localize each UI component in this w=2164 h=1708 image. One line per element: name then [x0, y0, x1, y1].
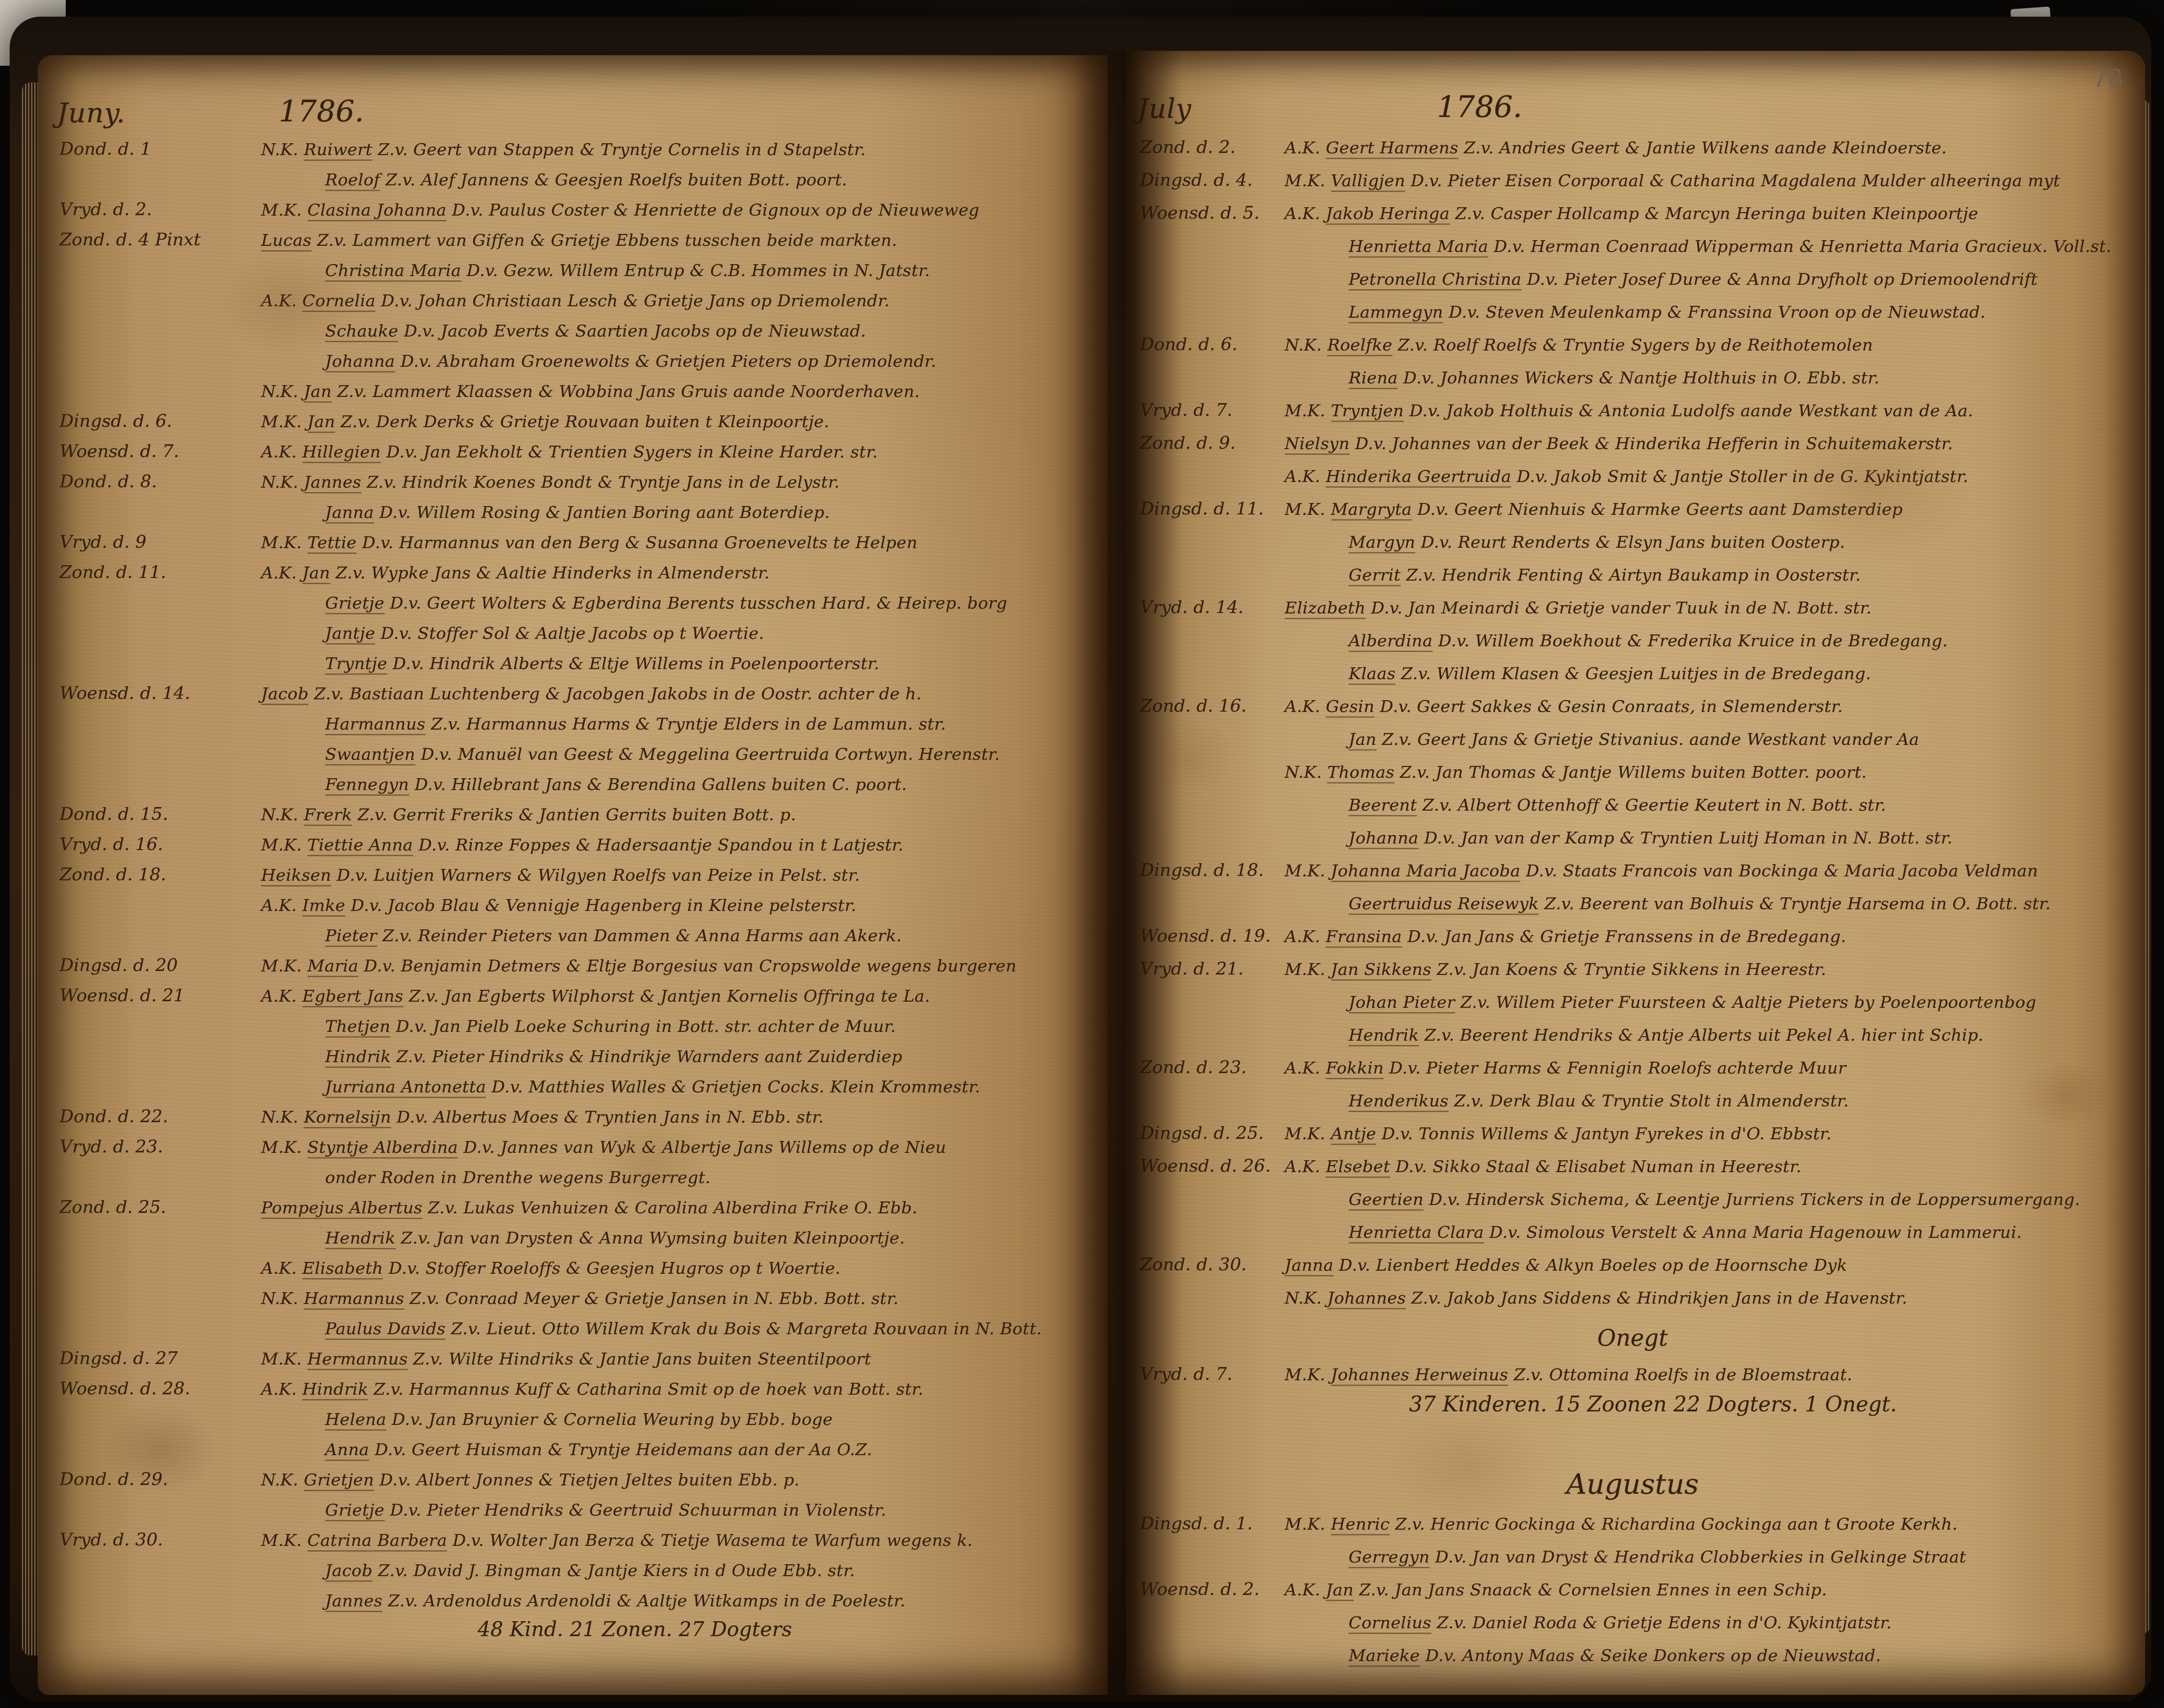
- entry-text: Gerrit Z.v. Hendrik Fenting & Airtyn Bau…: [1285, 565, 1861, 585]
- entry-text: Riena D.v. Johannes Wickers & Nantje Hol…: [1285, 368, 1880, 387]
- child-name: Jan: [1326, 1580, 1354, 1601]
- child-name: Johanna: [325, 351, 395, 372]
- register-entry-row: Henderikus Z.v. Derk Blau & Tryntie Stol…: [1137, 1077, 2128, 1110]
- entry-text: Helena D.v. Jan Bruynier & Cornelia Weur…: [261, 1410, 833, 1429]
- register-entry-row: Zond. d. 2.A.K. Geert Harmens Z.v. Andri…: [1137, 124, 2128, 157]
- entry-text: A.K. Elisabeth D.v. Stoffer Roeloffs & G…: [261, 1258, 841, 1278]
- register-entry-row: Zond. d. 9.Nielsyn D.v. Johannes van der…: [1137, 420, 2128, 453]
- register-entry-row: A.K. Elisabeth D.v. Stoffer Roeloffs & G…: [57, 1247, 1093, 1278]
- child-name: Jannes: [304, 472, 361, 493]
- entry-text: M.K. Johanna Maria Jacoba D.v. Staats Fr…: [1285, 861, 2038, 880]
- onegt-entries-list: Vryd. d. 7.M.K. Johannes Herweinus Z.v. …: [1137, 1351, 2128, 1384]
- child-name: Pieter: [325, 926, 377, 947]
- register-entry-row: Grietje D.v. Pieter Hendriks & Geertruid…: [57, 1489, 1093, 1520]
- register-entry-row: Anna D.v. Geert Huisman & Tryntje Heidem…: [57, 1429, 1093, 1459]
- child-name: Riena: [1349, 368, 1398, 389]
- child-name: Janna: [325, 503, 374, 524]
- register-entry-row: Christina Maria D.v. Gezw. Willem Entrup…: [57, 250, 1093, 280]
- entry-text: Marieke D.v. Antony Maas & Seike Donkers…: [1285, 1646, 1881, 1665]
- child-name: Thetjen: [325, 1017, 390, 1038]
- entry-text: M.K. Tettie D.v. Harmannus van den Berg …: [261, 533, 917, 552]
- register-entry-row: Vryd. d. 23.M.K. Styntje Alberdina D.v. …: [57, 1127, 1093, 1157]
- entry-text: A.K. Hindrik Z.v. Harmannus Kuff & Catha…: [261, 1379, 924, 1399]
- entry-date-label: Woensd. d. 5.: [1137, 203, 1285, 223]
- register-entry-row: Gerregyn D.v. Jan van Dryst & Hendrika C…: [1137, 1534, 2128, 1566]
- register-entry-row: Hendrik Z.v. Jan van Drysten & Anna Wyms…: [57, 1217, 1093, 1247]
- child-name: Helena: [325, 1410, 386, 1431]
- entry-text: Grietje D.v. Pieter Hendriks & Geertruid…: [261, 1500, 886, 1520]
- entry-text: Jacob Z.v. David J. Bingman & Jantje Kie…: [261, 1561, 855, 1580]
- register-entry-row: Tryntje D.v. Hindrik Alberts & Eltje Wil…: [57, 643, 1093, 673]
- child-name: Beerent: [1349, 795, 1417, 816]
- entry-text: Harmannus Z.v. Harmannus Harms & Tryntje…: [261, 714, 946, 734]
- entry-text: A.K. Gesin D.v. Geert Sakkes & Gesin Con…: [1285, 697, 1843, 716]
- entry-date-label: Dond. d. 8.: [57, 471, 261, 492]
- entry-text: onder Roden in Drenthe wegens Burgerregt…: [261, 1168, 711, 1187]
- entry-date-label: Vryd. d. 7.: [1137, 400, 1285, 420]
- register-entry-row: Dingsd. d. 25.M.K. Antje D.v. Tonnis Wil…: [1137, 1110, 2128, 1143]
- entry-text: Henrietta Clara D.v. Simolous Verstelt &…: [1285, 1223, 2022, 1242]
- entry-date-label: Zond. d. 23.: [1137, 1057, 1285, 1077]
- entry-date-label: Vryd. d. 14.: [1137, 597, 1285, 617]
- entry-text: Hendrik Z.v. Beerent Hendriks & Antje Al…: [1285, 1025, 1983, 1045]
- child-name: Johan Pieter: [1349, 992, 1455, 1013]
- child-name: Roelfke: [1327, 335, 1392, 356]
- entry-text: Heiksen D.v. Luitjen Warners & Wilgyen R…: [261, 865, 860, 885]
- register-entry-row: Schauke D.v. Jacob Everts & Saartien Jac…: [57, 310, 1093, 340]
- entry-text: Lammegyn D.v. Steven Meulenkamp & Franss…: [1285, 302, 1986, 322]
- entry-text: Swaantjen D.v. Manuël van Geest & Meggel…: [261, 744, 1000, 764]
- entry-date-label: Dond. d. 22.: [57, 1106, 261, 1127]
- child-name: Maria: [308, 956, 359, 977]
- child-name: Johanna Maria Jacoba: [1331, 861, 1521, 882]
- entry-date-label: Vryd. d. 7.: [1137, 1364, 1285, 1384]
- child-name: Tryntjen: [1331, 401, 1404, 422]
- register-entry-row: Johanna D.v. Abraham Groenewolts & Griet…: [57, 340, 1093, 371]
- entry-text: Henrietta Maria D.v. Herman Coenraad Wip…: [1285, 237, 2111, 256]
- child-name: Hillegien: [302, 442, 381, 463]
- child-name: Egbert Jans: [302, 986, 404, 1007]
- entry-text: N.K. Harmannus Z.v. Conraad Meyer & Grie…: [261, 1289, 899, 1308]
- entry-date-label: Dingsd. d. 27: [57, 1348, 261, 1368]
- child-name: Elisabeth: [302, 1258, 383, 1279]
- entry-date-label: Dingsd. d. 6.: [57, 411, 261, 431]
- child-name: Cornelius: [1349, 1613, 1431, 1634]
- register-entry-row: Beerent Z.v. Albert Ottenhoff & Geertie …: [1137, 782, 2128, 815]
- register-photo: Juny. 1786. Dond. d. 1N.K. Ruiwert Z.v. …: [0, 0, 2164, 1708]
- child-name: Gesin: [1326, 697, 1374, 718]
- register-entry-row: Dingsd. d. 18.M.K. Johanna Maria Jacoba …: [1137, 847, 2128, 880]
- register-entry-row: A.K. Imke D.v. Jacob Blau & Vennigje Hag…: [57, 885, 1093, 915]
- entry-text: M.K. Jan Z.v. Derk Derks & Grietje Rouva…: [261, 412, 829, 431]
- register-entry-row: Jannes Z.v. Ardenoldus Ardenoldi & Aaltj…: [57, 1580, 1093, 1610]
- child-name: Johannes: [1327, 1288, 1406, 1309]
- register-entry-row: Margyn D.v. Reurt Renderts & Elsyn Jans …: [1137, 519, 2128, 552]
- entry-text: A.K. Jan Z.v. Jan Jans Snaack & Cornelsi…: [1285, 1580, 1827, 1599]
- child-name: Henderikus: [1349, 1091, 1449, 1112]
- entry-date-label: Dond. d. 1: [57, 139, 261, 159]
- child-name: Jantje: [325, 624, 375, 645]
- child-name: Harmannus: [304, 1289, 404, 1310]
- entry-date-label: Dingsd. d. 11.: [1137, 499, 1285, 519]
- child-name: Geertruidus Reisewyk: [1349, 894, 1539, 915]
- augustus-section-header: Augustus: [1137, 1444, 2128, 1501]
- child-name: Hendrik: [1349, 1025, 1419, 1046]
- child-name: Hindrik: [325, 1047, 391, 1068]
- register-entry-row: Woensd. d. 7.A.K. Hillegien D.v. Jan Eek…: [57, 431, 1093, 461]
- child-name: Henrietta Clara: [1349, 1223, 1484, 1244]
- entry-text: Jurriana Antonetta D.v. Matthies Walles …: [261, 1077, 981, 1096]
- child-name: Antje: [1331, 1124, 1376, 1145]
- child-name: Jannes: [325, 1591, 383, 1612]
- child-name: Lucas: [261, 230, 312, 252]
- entry-date-label: Vryd. d. 30.: [57, 1530, 261, 1550]
- register-entry-row: Zond. d. 4 PinxtLucas Z.v. Lammert van G…: [57, 220, 1093, 250]
- right-page: July 1786. 78 Zond. d. 2.A.K. Geert Harm…: [1126, 51, 2145, 1695]
- child-name: Clasina Johanna: [308, 200, 447, 221]
- entry-date-label: Dingsd. d. 18.: [1137, 860, 1285, 880]
- left-entries-list: Dond. d. 1N.K. Ruiwert Z.v. Geert van St…: [57, 129, 1093, 1610]
- entry-text: Jantje D.v. Stoffer Sol & Aaltje Jacobs …: [261, 624, 764, 643]
- child-name: Geertien: [1349, 1190, 1424, 1211]
- child-name: Nielsyn: [1285, 434, 1349, 455]
- register-entry-row: Zond. d. 16.A.K. Gesin D.v. Geert Sakkes…: [1137, 683, 2128, 716]
- register-entry-row: Hendrik Z.v. Beerent Hendriks & Antje Al…: [1137, 1012, 2128, 1045]
- entry-text: N.K. Thomas Z.v. Jan Thomas & Jantje Wil…: [1285, 762, 1867, 782]
- entry-text: Alberdina D.v. Willem Boekhout & Frederi…: [1285, 631, 1948, 650]
- child-name: Jan: [308, 412, 336, 433]
- child-name: Margryta: [1331, 500, 1412, 521]
- entry-text: Jacob Z.v. Bastiaan Luchtenberg & Jacobg…: [261, 684, 922, 703]
- register-entry-row: Paulus Davids Z.v. Lieut. Otto Willem Kr…: [57, 1308, 1093, 1338]
- entry-text: Pieter Z.v. Reinder Pieters van Dammen &…: [261, 926, 902, 945]
- child-name: Harmannus: [325, 714, 425, 735]
- entry-text: Nielsyn D.v. Johannes van der Beek & Hin…: [1285, 434, 1953, 453]
- register-entry-row: Jurriana Antonetta D.v. Matthies Walles …: [57, 1066, 1093, 1096]
- entry-text: A.K. Elsebet D.v. Sikko Staal & Elisabet…: [1285, 1157, 1802, 1176]
- register-entry-row: Zond. d. 30.Janna D.v. Lienbert Heddes &…: [1137, 1242, 2128, 1275]
- entry-text: Christina Maria D.v. Gezw. Willem Entrup…: [261, 261, 930, 280]
- left-month-totals: 48 Kind. 21 Zonen. 27 Dogters: [57, 1610, 1093, 1648]
- entry-date-label: Zond. d. 25.: [57, 1197, 261, 1217]
- register-entry-row: Jacob Z.v. David J. Bingman & Jantje Kie…: [57, 1550, 1093, 1580]
- register-entry-row: Vryd. d. 21.M.K. Jan Sikkens Z.v. Jan Ko…: [1137, 946, 2128, 979]
- entry-text: Gerregyn D.v. Jan van Dryst & Hendrika C…: [1285, 1547, 1966, 1566]
- child-name: Roelof: [325, 170, 380, 191]
- child-name: Gerregyn: [1349, 1547, 1430, 1568]
- july-entries-list: Zond. d. 2.A.K. Geert Harmens Z.v. Andri…: [1137, 124, 2128, 1308]
- child-name: Henrietta Maria: [1349, 237, 1488, 258]
- register-entry-row: Pieter Z.v. Reinder Pieters van Dammen &…: [57, 915, 1093, 945]
- register-entry-row: Marieke D.v. Antony Maas & Seike Donkers…: [1137, 1632, 2128, 1665]
- register-entry-row: Cornelius Z.v. Daniel Roda & Grietje Ede…: [1137, 1599, 2128, 1632]
- entry-text: Roelof Z.v. Alef Jannens & Geesjen Roelf…: [261, 170, 847, 189]
- left-page-content: Juny. 1786. Dond. d. 1N.K. Ruiwert Z.v. …: [57, 67, 1093, 1677]
- entry-text: A.K. Egbert Jans Z.v. Jan Egberts Wilpho…: [261, 986, 930, 1006]
- register-entry-row: Woensd. d. 26.A.K. Elsebet D.v. Sikko St…: [1137, 1143, 2128, 1176]
- month-header-juny: Juny.: [57, 97, 125, 129]
- child-name: Lammegyn: [1349, 302, 1443, 323]
- register-entry-row: N.K. Johannes Z.v. Jakob Jans Siddens & …: [1137, 1275, 2128, 1308]
- entry-text: N.K. Grietjen D.v. Albert Jonnes & Tietj…: [261, 1470, 800, 1489]
- register-entry-row: Grietje D.v. Geert Wolters & Egberdina B…: [57, 582, 1093, 613]
- entry-date-label: Zond. d. 16.: [1137, 696, 1285, 716]
- register-entry-row: Woensd. d. 28.A.K. Hindrik Z.v. Harmannu…: [57, 1368, 1093, 1399]
- child-name: Johanna: [1349, 828, 1419, 849]
- register-entry-row: Geertien D.v. Hindersk Sichema, & Leentj…: [1137, 1176, 2128, 1209]
- entry-text: Geertien D.v. Hindersk Sichema, & Leentj…: [1285, 1190, 2080, 1209]
- left-page-header: Juny. 1786.: [57, 67, 1093, 129]
- entry-text: A.K. Hillegien D.v. Jan Eekholt & Trient…: [261, 442, 878, 461]
- register-entry-row: A.K. Cornelia D.v. Johan Christiaan Lesc…: [57, 280, 1093, 310]
- entry-text: A.K. Jan Z.v. Wypke Jans & Aaltie Hinder…: [261, 563, 770, 582]
- register-entry-row: Geertruidus Reisewyk Z.v. Beerent van Bo…: [1137, 880, 2128, 913]
- entry-text: A.K. Fokkin D.v. Pieter Harms & Fennigin…: [1285, 1058, 1846, 1077]
- register-entry-row: Woensd. d. 2.A.K. Jan Z.v. Jan Jans Snaa…: [1137, 1566, 2128, 1599]
- register-entry-row: Dond. d. 22.N.K. Kornelsijn D.v. Albertu…: [57, 1096, 1093, 1127]
- child-name: Marieke: [1349, 1646, 1420, 1667]
- child-name: Jurriana Antonetta: [325, 1077, 486, 1098]
- child-name: Kornelsijn: [304, 1107, 391, 1128]
- right-month-totals: 37 Kinderen. 15 Zoonen 22 Dogters. 1 One…: [1137, 1384, 2128, 1425]
- entry-date-label: Woensd. d. 19.: [1137, 926, 1285, 946]
- entry-date-label: Zond. d. 9.: [1137, 433, 1285, 453]
- child-name: Styntje Alberdina: [308, 1137, 458, 1159]
- entry-text: A.K. Fransina D.v. Jan Jans & Grietje Fr…: [1285, 927, 1846, 946]
- entry-text: N.K. Frerk Z.v. Gerrit Freriks & Jantien…: [261, 805, 796, 824]
- register-entry-row: Dingsd. d. 27M.K. Hermannus Z.v. Wilte H…: [57, 1338, 1093, 1368]
- entry-text: Thetjen D.v. Jan Pielb Loeke Schuring in…: [261, 1017, 896, 1036]
- child-name: Thomas: [1327, 762, 1394, 783]
- register-entry-row: N.K. Jan Z.v. Lammert Klaassen & Wobbina…: [57, 371, 1093, 401]
- register-entry-row: Henrietta Clara D.v. Simolous Verstelt &…: [1137, 1209, 2128, 1242]
- entry-text: M.K. Margryta D.v. Geert Nienhuis & Harm…: [1285, 500, 1903, 519]
- register-entry-row: Jantje D.v. Stoffer Sol & Aaltje Jacobs …: [57, 613, 1093, 643]
- register-entry-row: Roelof Z.v. Alef Jannens & Geesjen Roelf…: [57, 159, 1093, 189]
- entry-text: A.K. Geert Harmens Z.v. Andries Geert & …: [1285, 138, 1947, 157]
- child-name: Jan: [1349, 730, 1377, 751]
- entry-date-label: Zond. d. 4 Pinxt: [57, 230, 261, 250]
- month-header-july: July: [1137, 92, 1192, 124]
- register-entry-row: Harmannus Z.v. Harmannus Harms & Tryntje…: [57, 703, 1093, 734]
- entry-date-label: Vryd. d. 2.: [57, 199, 261, 220]
- child-name: Alberdina: [1349, 631, 1433, 652]
- entry-text: M.K. Hermannus Z.v. Wilte Hindriks & Jan…: [261, 1349, 871, 1368]
- entry-date-label: Dond. d. 29.: [57, 1469, 261, 1489]
- onegt-section-header: Onegt: [1137, 1314, 2128, 1351]
- child-name: Jan: [304, 382, 332, 403]
- child-name: Klaas: [1349, 664, 1395, 685]
- entry-text: Johan Pieter Z.v. Willem Pieter Fuurstee…: [1285, 992, 2036, 1012]
- entry-date-label: Woensd. d. 2.: [1137, 1579, 1285, 1599]
- child-name: Valligjen: [1331, 171, 1406, 192]
- child-name: Margyn: [1349, 532, 1415, 553]
- entry-date-label: Dingsd. d. 25.: [1137, 1123, 1285, 1143]
- register-entry-row: Vryd. d. 14.Elizabeth D.v. Jan Meinardi …: [1137, 585, 2128, 617]
- child-name: Grietje: [325, 593, 385, 614]
- child-name: Hindrik: [302, 1379, 368, 1400]
- register-entry-row: Woensd. d. 19.A.K. Fransina D.v. Jan Jan…: [1137, 913, 2128, 946]
- entry-date-label: Dingsd. d. 1.: [1137, 1513, 1285, 1534]
- child-name: Schauke: [325, 321, 398, 342]
- entry-date-label: Zond. d. 30.: [1137, 1254, 1285, 1275]
- child-name: Imke: [302, 896, 345, 917]
- child-name: Jacob: [261, 684, 308, 705]
- left-page: Juny. 1786. Dond. d. 1N.K. Ruiwert Z.v. …: [38, 55, 1108, 1695]
- entry-text: M.K. Henric Z.v. Henric Gockinga & Richa…: [1285, 1514, 1958, 1534]
- register-entry-row: Alberdina D.v. Willem Boekhout & Frederi…: [1137, 617, 2128, 650]
- entry-date-label: Woensd. d. 28.: [57, 1378, 261, 1399]
- register-entry-row: Gerrit Z.v. Hendrik Fenting & Airtyn Bau…: [1137, 552, 2128, 585]
- entry-text: Pompejus Albertus Z.v. Lukas Venhuizen &…: [261, 1198, 917, 1217]
- child-name: Jakob Heringa: [1326, 204, 1450, 225]
- entry-text: A.K. Imke D.v. Jacob Blau & Vennigje Hag…: [261, 896, 857, 915]
- child-name: Jan: [302, 563, 330, 584]
- register-book: Juny. 1786. Dond. d. 1N.K. Ruiwert Z.v. …: [10, 17, 2151, 1702]
- child-name: Frerk: [304, 805, 352, 826]
- entry-text: Schauke D.v. Jacob Everts & Saartien Jac…: [261, 321, 866, 340]
- register-entry-row: A.K. Hinderika Geertruida D.v. Jakob Smi…: [1137, 453, 2128, 486]
- register-entry-row: Fennegyn D.v. Hillebrant Jans & Berendin…: [57, 764, 1093, 794]
- entry-text: M.K. Clasina Johanna D.v. Paulus Coster …: [261, 200, 979, 220]
- entry-text: Tryntje D.v. Hindrik Alberts & Eltje Wil…: [261, 654, 879, 673]
- register-entry-row: Hindrik Z.v. Pieter Hindriks & Hindrikje…: [57, 1036, 1093, 1066]
- entry-text: Fennegyn D.v. Hillebrant Jans & Berendin…: [261, 775, 907, 794]
- child-name: Ruiwert: [304, 140, 372, 161]
- register-entry-row: Dond. d. 1N.K. Ruiwert Z.v. Geert van St…: [57, 129, 1093, 159]
- child-name: Fokkin: [1326, 1058, 1384, 1079]
- entry-text: Hendrik Z.v. Jan van Drysten & Anna Wyms…: [261, 1228, 905, 1247]
- entry-date-label: Vryd. d. 23.: [57, 1137, 261, 1157]
- child-name: Elsebet: [1326, 1157, 1390, 1178]
- entry-text: Anna D.v. Geert Huisman & Tryntje Heidem…: [261, 1440, 872, 1459]
- entry-text: N.K. Jannes Z.v. Hindrik Koenes Bondt & …: [261, 472, 840, 492]
- entry-date-label: Woensd. d. 7.: [57, 441, 261, 461]
- child-name: Hermannus: [308, 1349, 408, 1370]
- register-entry-row: Zond. d. 11.A.K. Jan Z.v. Wypke Jans & A…: [57, 552, 1093, 582]
- entry-text: Klaas Z.v. Willem Klasen & Geesjen Luitj…: [1285, 664, 1871, 683]
- child-name: Cornelia: [302, 291, 375, 312]
- entry-text: Janna D.v. Lienbert Heddes & Alkyn Boele…: [1285, 1255, 1847, 1275]
- entry-text: M.K. Antje D.v. Tonnis Willems & Jantyn …: [1285, 1124, 1831, 1143]
- child-name: Heiksen: [261, 865, 331, 886]
- register-entry-row: N.K. Thomas Z.v. Jan Thomas & Jantje Wil…: [1137, 749, 2128, 782]
- register-entry-row: Dingsd. d. 6.M.K. Jan Z.v. Derk Derks & …: [57, 401, 1093, 431]
- entry-date-label: Zond. d. 18.: [57, 865, 261, 885]
- entry-text: Margyn D.v. Reurt Renderts & Elsyn Jans …: [1285, 532, 1845, 552]
- register-entry-row: Klaas Z.v. Willem Klasen & Geesjen Luitj…: [1137, 650, 2128, 683]
- entry-text: Lucas Z.v. Lammert van Giffen & Grietje …: [261, 230, 897, 250]
- child-name: Christina Maria: [325, 261, 461, 282]
- entry-text: Janna D.v. Willem Rosing & Jantien Borin…: [261, 503, 830, 522]
- entry-text: A.K. Jakob Heringa Z.v. Casper Hollcamp …: [1285, 204, 1978, 223]
- entry-text: M.K. Maria D.v. Benjamin Detmers & Eltje…: [261, 956, 1016, 975]
- entry-text: Hindrik Z.v. Pieter Hindriks & Hindrikje…: [261, 1047, 902, 1066]
- register-entry-row: Helena D.v. Jan Bruynier & Cornelia Weur…: [57, 1399, 1093, 1429]
- child-name: Grietje: [325, 1500, 385, 1521]
- entry-text: N.K. Roelfke Z.v. Roelf Roelfs & Tryntie…: [1285, 335, 1873, 354]
- register-entry-row: onder Roden in Drenthe wegens Burgerregt…: [57, 1157, 1093, 1187]
- entry-text: M.K. Styntje Alberdina D.v. Jannes van W…: [261, 1137, 946, 1157]
- child-name: Catrina Barbera: [308, 1531, 447, 1552]
- register-entry-row: Henrietta Maria D.v. Herman Coenraad Wip…: [1137, 223, 2128, 256]
- child-name: Henric: [1331, 1514, 1390, 1535]
- entry-text: M.K. Johannes Herweinus Z.v. Ottomina Ro…: [1285, 1365, 1852, 1384]
- august-entries-list: Dingsd. d. 1.M.K. Henric Z.v. Henric Goc…: [1137, 1501, 2128, 1665]
- child-name: Paulus Davids: [325, 1319, 446, 1340]
- register-entry-row: Dingsd. d. 1.M.K. Henric Z.v. Henric Goc…: [1137, 1501, 2128, 1534]
- child-name: Petronella Christina: [1349, 269, 1522, 291]
- register-entry-row: Riena D.v. Johannes Wickers & Nantje Hol…: [1137, 354, 2128, 387]
- entry-text: M.K. Tiettie Anna D.v. Rinze Foppes & Ha…: [261, 835, 903, 854]
- entry-text: N.K. Johannes Z.v. Jakob Jans Siddens & …: [1285, 1288, 1907, 1308]
- entry-text: N.K. Jan Z.v. Lammert Klaassen & Wobbina…: [261, 382, 920, 401]
- child-name: Jacob: [325, 1561, 372, 1582]
- child-name: Jan Sikkens: [1331, 960, 1432, 981]
- entry-text: M.K. Tryntjen D.v. Jakob Holthuis & Anto…: [1285, 401, 1973, 420]
- register-entry-row: Janna D.v. Willem Rosing & Jantien Borin…: [57, 492, 1093, 522]
- entry-date-label: Vryd. d. 16.: [57, 834, 261, 854]
- right-page-content: July 1786. 78 Zond. d. 2.A.K. Geert Harm…: [1137, 62, 2128, 1677]
- entry-text: N.K. Kornelsijn D.v. Albertus Moes & Try…: [261, 1107, 824, 1127]
- register-entry-row: Thetjen D.v. Jan Pielb Loeke Schuring in…: [57, 1006, 1093, 1036]
- page-number: 78: [2092, 64, 2123, 92]
- entry-text: A.K. Hinderika Geertruida D.v. Jakob Smi…: [1285, 467, 1969, 486]
- child-name: Fransina: [1326, 927, 1402, 948]
- entry-date-label: Woensd. d. 26.: [1137, 1156, 1285, 1176]
- entry-text: Henderikus Z.v. Derk Blau & Tryntie Stol…: [1285, 1091, 1849, 1110]
- entry-text: Jan Z.v. Geert Jans & Grietje Stivanius.…: [1285, 730, 1919, 749]
- entry-date-label: Dond. d. 6.: [1137, 334, 1285, 354]
- entry-date-label: Zond. d. 2.: [1137, 137, 1285, 157]
- register-entry-row: Woensd. d. 21A.K. Egbert Jans Z.v. Jan E…: [57, 975, 1093, 1006]
- entry-text: Grietje D.v. Geert Wolters & Egberdina B…: [261, 593, 1007, 613]
- child-name: Elizabeth: [1285, 598, 1366, 619]
- register-entry-row: Dingsd. d. 20M.K. Maria D.v. Benjamin De…: [57, 945, 1093, 975]
- entry-date-label: Dingsd. d. 4.: [1137, 170, 1285, 190]
- child-name: Tryntje: [325, 654, 387, 675]
- entry-date-label: Zond. d. 11.: [57, 562, 261, 582]
- register-entry-row: Vryd. d. 30.M.K. Catrina Barbera D.v. Wo…: [57, 1520, 1093, 1550]
- register-entry-row: N.K. Harmannus Z.v. Conraad Meyer & Grie…: [57, 1278, 1093, 1308]
- child-name: Tettie: [308, 533, 357, 554]
- entry-text: Petronella Christina D.v. Pieter Josef D…: [1285, 269, 2038, 289]
- entry-date-label: Vryd. d. 9: [57, 532, 261, 552]
- register-entry-row: Zond. d. 18.Heiksen D.v. Luitjen Warners…: [57, 854, 1093, 885]
- right-page-header: July 1786. 78: [1137, 62, 2128, 124]
- register-entry-row: Petronella Christina D.v. Pieter Josef D…: [1137, 256, 2128, 289]
- entry-text: Beerent Z.v. Albert Ottenhoff & Geertie …: [1285, 795, 1886, 815]
- year-header-right: 1786.: [1437, 90, 1523, 124]
- register-entry-row: Vryd. d. 2.M.K. Clasina Johanna D.v. Pau…: [57, 189, 1093, 220]
- child-name: Hinderika Geertruida: [1326, 467, 1511, 488]
- register-entry-row: Dond. d. 29.N.K. Grietjen D.v. Albert Jo…: [57, 1459, 1093, 1489]
- entry-date-label: Woensd. d. 14.: [57, 683, 261, 703]
- child-name: Hendrik: [325, 1228, 396, 1249]
- entry-date-label: Dond. d. 15.: [57, 804, 261, 824]
- register-entry-row: Zond. d. 25.Pompejus Albertus Z.v. Lukas…: [57, 1187, 1093, 1217]
- entry-date-label: Woensd. d. 21: [57, 985, 261, 1006]
- entry-text: Cornelius Z.v. Daniel Roda & Grietje Ede…: [1285, 1613, 1892, 1632]
- register-entry-row: Woensd. d. 5.A.K. Jakob Heringa Z.v. Cas…: [1137, 190, 2128, 223]
- register-entry-row: Dond. d. 15.N.K. Frerk Z.v. Gerrit Freri…: [57, 794, 1093, 824]
- child-name: Gerrit: [1349, 565, 1401, 586]
- entry-text: Paulus Davids Z.v. Lieut. Otto Willem Kr…: [261, 1319, 1042, 1338]
- register-entry-row: Dingsd. d. 11.M.K. Margryta D.v. Geert N…: [1137, 486, 2128, 519]
- child-name: Pompejus Albertus: [261, 1198, 422, 1219]
- child-name: Fennegyn: [325, 775, 409, 796]
- register-entry-row: Dingsd. d. 4.M.K. Valligjen D.v. Pieter …: [1137, 157, 2128, 190]
